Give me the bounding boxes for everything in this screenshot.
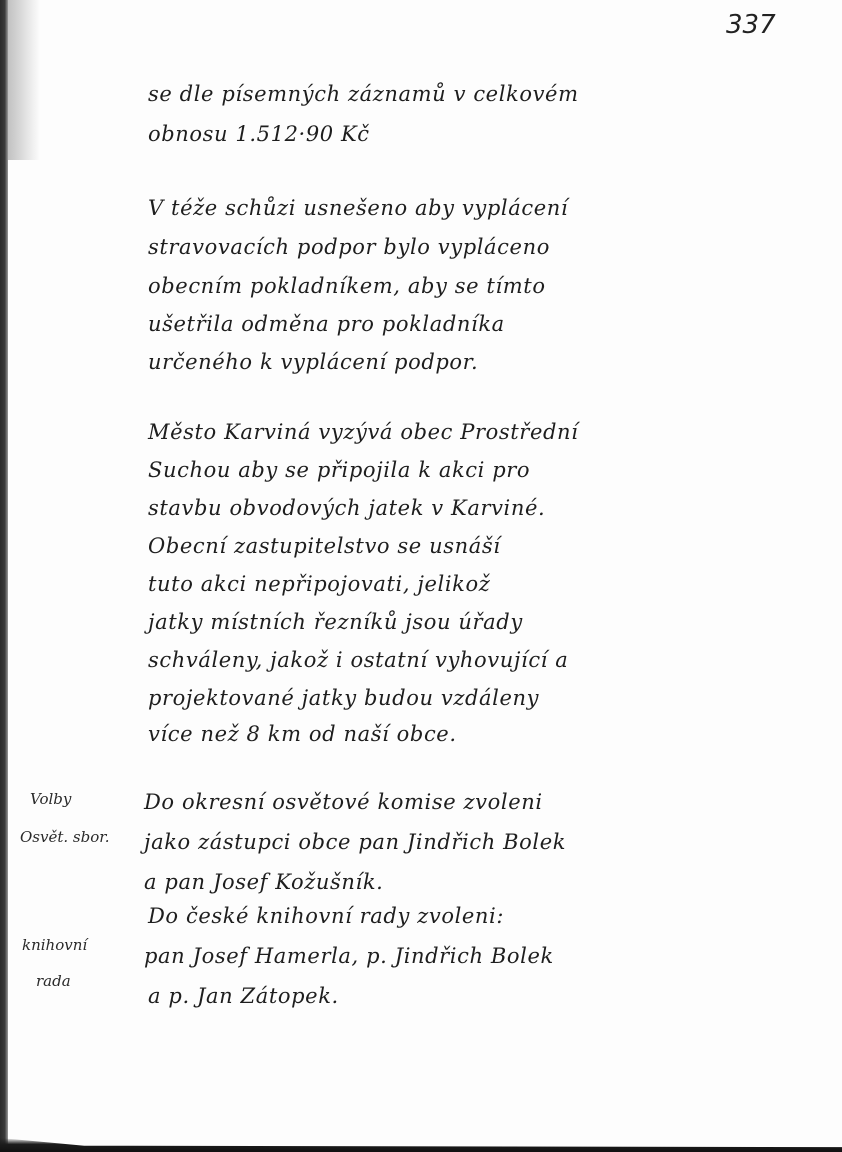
text-line: Do okresní osvětové komise zvoleni bbox=[144, 790, 543, 814]
text-line: jako zástupci obce pan Jindřich Bolek bbox=[144, 830, 566, 854]
text-line: tuto akci nepřipojovati, jelikož bbox=[148, 572, 490, 596]
text-line: Suchou aby se připojila k akci pro bbox=[148, 458, 530, 482]
text-line: jatky místních řezníků jsou úřady bbox=[148, 610, 523, 634]
binding-edge bbox=[0, 0, 8, 1152]
text-line: stavbu obvodových jatek v Karviné. bbox=[148, 496, 545, 520]
page-number: 337 bbox=[726, 10, 776, 40]
margin-note: rada bbox=[36, 972, 71, 990]
text-line: stravovacích podpor bylo vypláceno bbox=[148, 235, 550, 259]
text-line: projektované jatky budou vzdáleny bbox=[148, 686, 539, 710]
scan-shadow bbox=[8, 0, 40, 160]
text-line: a p. Jan Zátopek. bbox=[148, 984, 339, 1008]
page-bottom-edge bbox=[0, 1138, 842, 1152]
margin-note: knihovní bbox=[22, 936, 87, 954]
text-line: určeného k vyplácení podpor. bbox=[148, 350, 478, 374]
text-line: Město Karviná vyzývá obec Prostřední bbox=[148, 420, 578, 444]
text-line: Do české knihovní rady zvoleni: bbox=[148, 904, 504, 928]
text-line: se dle písemných záznamů v celkovém bbox=[148, 82, 579, 106]
text-line: obecním pokladníkem, aby se tímto bbox=[148, 274, 546, 298]
scanned-page: 337 se dle písemných záznamů v celkovém … bbox=[0, 0, 842, 1152]
text-line: a pan Josef Kožušník. bbox=[144, 870, 383, 894]
text-line: ušetřila odměna pro pokladníka bbox=[148, 312, 505, 336]
text-line: Obecní zastupitelstvo se usnáší bbox=[148, 534, 501, 558]
margin-note: Volby bbox=[30, 790, 71, 808]
text-line: více než 8 km od naší obce. bbox=[148, 722, 457, 746]
text-line: V téže schůzi usnešeno aby vyplácení bbox=[148, 196, 568, 220]
text-line: obnosu 1.512·90 Kč bbox=[148, 122, 370, 146]
text-line: pan Josef Hamerla, p. Jindřich Bolek bbox=[144, 944, 554, 968]
margin-note: Osvět. sbor. bbox=[20, 828, 110, 846]
text-line: schváleny, jakož i ostatní vyhovující a bbox=[148, 648, 568, 672]
